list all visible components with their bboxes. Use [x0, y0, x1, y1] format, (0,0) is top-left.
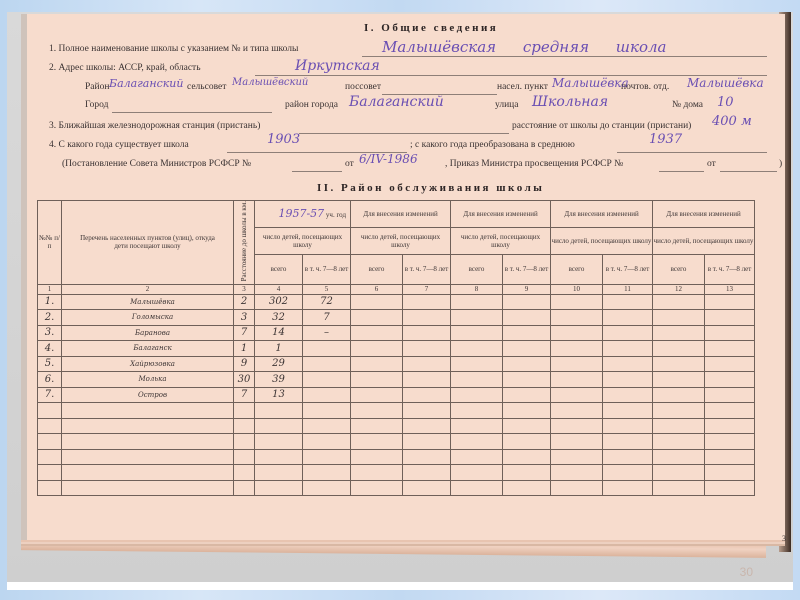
distance-km: 9 — [234, 356, 255, 372]
header-children: число детей, посещающих школу — [351, 228, 451, 255]
children-total: 13 — [255, 387, 303, 403]
label-postanovlenie: (Постановление Совета Министров РСФСР № — [62, 159, 251, 169]
value-dom: 10 — [717, 95, 734, 110]
header-year: 1957-57 уч. год — [255, 201, 351, 228]
underline — [299, 133, 509, 134]
page-number: 3 — [782, 534, 786, 543]
slide-number: 30 — [740, 565, 753, 579]
distance-km: 7 — [234, 325, 255, 341]
label-possovet: поссовет — [345, 82, 381, 92]
header-list: Перечень населенных пунктов (улиц), отку… — [62, 201, 234, 285]
label-pocht-otd: почтов. отд. — [621, 82, 669, 92]
row-number: 6. — [38, 372, 62, 388]
distance-km: 2 — [234, 294, 255, 310]
value-selsovet: Малышёвский — [232, 77, 308, 88]
header-changes: Для внесения изменений — [451, 201, 551, 228]
value-rayon-goroda: Балаганский — [349, 94, 444, 110]
row-number: 1. — [38, 294, 62, 310]
header-incl: в т. ч. 7—8 лет — [303, 255, 351, 285]
distance-km: 3 — [234, 310, 255, 326]
label-rayon: Район — [85, 82, 109, 92]
distance-km: 30 — [234, 372, 255, 388]
header-total: всего — [351, 255, 403, 285]
header-children: число детей, посещающих школу — [551, 228, 653, 255]
header-incl: в т. ч. 7—8 лет — [603, 255, 653, 285]
table-row: 4.Балаганск11 — [38, 341, 755, 357]
header-changes: Для внесения изменений — [653, 201, 755, 228]
header-distance: Расстояние до школы в км. — [234, 201, 255, 285]
underline — [362, 56, 767, 57]
settlement-name: Остров — [62, 387, 234, 403]
table-row — [38, 403, 755, 419]
children-total: 29 — [255, 356, 303, 372]
table-row — [38, 465, 755, 481]
label-station: 3. Ближайшая железнодорожная станция (пр… — [49, 121, 260, 131]
children-total: 32 — [255, 310, 303, 326]
label-secondary-since: ; с какого года преобразована в среднюю — [410, 140, 575, 150]
header-total: всего — [451, 255, 503, 285]
section2-title: II. Район обслуживания школы — [317, 182, 544, 194]
children-total: 39 — [255, 372, 303, 388]
distance-km: 1 — [234, 341, 255, 357]
field-label-region: 2. Адрес школы: АССР, край, область — [49, 63, 201, 73]
service-area-table: №№ п/п Перечень населенных пунктов (улиц… — [37, 200, 755, 496]
table-row: 7.Остров713 — [38, 387, 755, 403]
table-row: 6.Молька3039 — [38, 372, 755, 388]
header-incl: в т. ч. 7—8 лет — [503, 255, 551, 285]
field-label-school-name: 1. Полное наименование школы с указанием… — [49, 44, 298, 54]
table-row — [38, 480, 755, 496]
children-7-8 — [303, 372, 351, 388]
underline — [112, 112, 272, 113]
label-gorod: Город — [85, 100, 108, 110]
header-children: число детей, посещающих школу — [255, 228, 351, 255]
header-total: всего — [551, 255, 603, 285]
table-row: 3.Баранова714– — [38, 325, 755, 341]
value-ot-date: 6/IV-1986 — [359, 152, 418, 166]
children-7-8 — [303, 387, 351, 403]
close-paren: ) — [779, 159, 782, 169]
children-total: 302 — [255, 294, 303, 310]
header-changes: Для внесения изменений — [551, 201, 653, 228]
column-numbers-row: 1 2 3 4 5 6 7 8 9 10 11 12 13 — [38, 284, 755, 294]
table-row — [38, 418, 755, 434]
field-value-school-name: Малышёвская средняя школа — [382, 38, 666, 56]
section1-title: I. Общие сведения — [364, 22, 498, 34]
label-prikaz: , Приказ Министра просвещения РСФСР № — [445, 159, 623, 169]
value-pocht-otd: Малышёвка — [687, 76, 764, 90]
value-rayon: Балаганский — [109, 77, 183, 90]
table-row: 1.Малышёвка230272 — [38, 294, 755, 310]
children-7-8: 72 — [303, 294, 351, 310]
header-incl: в т. ч. 7—8 лет — [403, 255, 451, 285]
underline — [659, 171, 704, 172]
header-total: всего — [653, 255, 705, 285]
children-7-8 — [303, 356, 351, 372]
label-selsovet: сельсовет — [187, 82, 226, 92]
settlement-name: Баранова — [62, 325, 234, 341]
settlement-name: Хайрюзовка — [62, 356, 234, 372]
children-7-8: – — [303, 325, 351, 341]
settlement-name: Малышёвка — [62, 294, 234, 310]
table-row — [38, 434, 755, 450]
children-7-8: 7 — [303, 310, 351, 326]
label-station-distance: расстояние от школы до станции (пристани… — [512, 121, 691, 131]
label-founded: 4. С какого года существует школа — [49, 140, 189, 150]
table-row: 5.Хайрюзовка929 — [38, 356, 755, 372]
row-number: 2. — [38, 310, 62, 326]
children-total: 14 — [255, 325, 303, 341]
row-number: 5. — [38, 356, 62, 372]
header-total: всего — [255, 255, 303, 285]
distance-km: 7 — [234, 387, 255, 403]
table-row: 2.Голомыска3327 — [38, 310, 755, 326]
settlement-name: Балаганск — [62, 341, 234, 357]
children-7-8 — [303, 341, 351, 357]
value-station-distance: 400 м — [712, 114, 752, 129]
label-rayon-goroda: район города — [285, 100, 338, 110]
header-changes: Для внесения изменений — [351, 201, 451, 228]
underline — [720, 171, 777, 172]
header-incl: в т. ч. 7—8 лет — [705, 255, 755, 285]
row-number: 7. — [38, 387, 62, 403]
value-secondary-since: 1937 — [649, 132, 682, 147]
header-num: №№ п/п — [38, 201, 62, 285]
label-ot: от — [345, 159, 354, 169]
header-children: число детей, посещающих школу — [451, 228, 551, 255]
label-ulica: улица — [495, 100, 518, 110]
underline — [617, 152, 767, 153]
underline — [292, 171, 342, 172]
table-row — [38, 449, 755, 465]
slide-frame: I. Общие сведения 1. Полное наименование… — [7, 12, 793, 590]
register-page: I. Общие сведения 1. Полное наименование… — [21, 14, 785, 540]
row-number: 4. — [38, 341, 62, 357]
value-nasel-punkt: Малышёвка — [552, 76, 629, 90]
label-dom: № дома — [672, 100, 703, 110]
label-nasel-punkt: насел. пункт — [497, 82, 548, 92]
value-ulica: Школьная — [532, 94, 608, 110]
field-value-region: Иркутская — [295, 58, 380, 74]
settlement-name: Голомыска — [62, 310, 234, 326]
header-children: число детей, посещающих школу — [653, 228, 755, 255]
label-ot2: от — [707, 159, 716, 169]
book-photo: I. Общие сведения 1. Полное наименование… — [7, 12, 793, 582]
settlement-name: Молька — [62, 372, 234, 388]
children-total: 1 — [255, 341, 303, 357]
row-number: 3. — [38, 325, 62, 341]
value-founded: 1903 — [267, 132, 300, 147]
